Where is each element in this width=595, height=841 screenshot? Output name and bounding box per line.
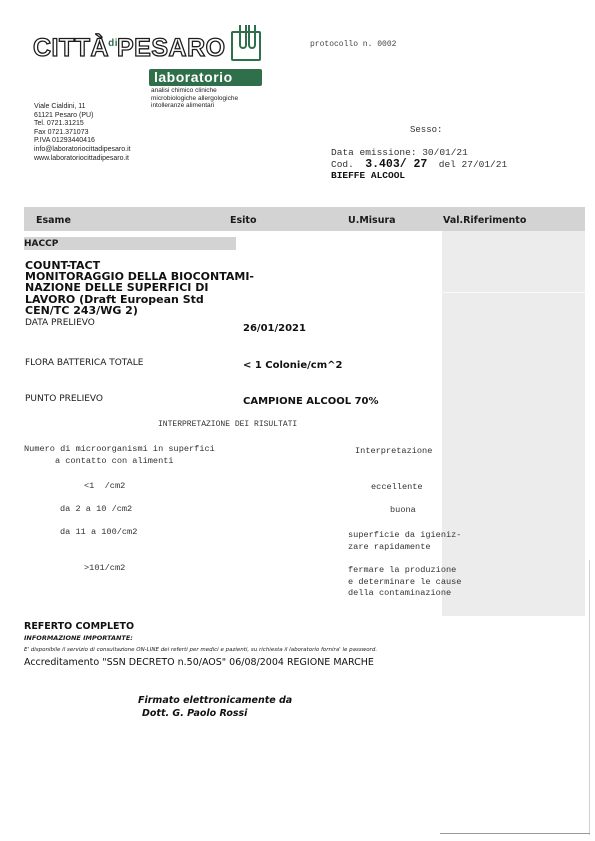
interp-left-header: Numero di microorganismi in superfici a …: [24, 444, 215, 467]
lab-contacts: info@laboratoriocittadipesaro.it www.lab…: [34, 146, 131, 163]
subtitle-line: intolleranze alimentari: [151, 102, 238, 110]
address-line: Viale Cialdini, 11: [34, 103, 95, 112]
accreditation: Accreditamento "SSN DECRETO n.50/AOS" 06…: [24, 657, 374, 668]
meaning-2: buona: [390, 505, 416, 517]
paper-edge-bottom: [440, 833, 590, 834]
signature-line: Firmato elettronicamente da: [138, 694, 292, 707]
subtitle-line: microbiologiche allergologiche: [151, 95, 238, 103]
range-1: <1 /cm2: [84, 481, 125, 493]
lab-subtitle: analisi chimico cliniche microbiologiche…: [151, 87, 238, 110]
column-umisura: U.Misura: [348, 215, 396, 226]
meaning-1: eccellente: [371, 482, 423, 494]
section-haccp: HACCP: [24, 239, 58, 249]
meaning-4: fermare la produzione e determinare le c…: [348, 565, 461, 600]
column-esito: Esito: [230, 215, 256, 226]
interpretation-title: INTERPRETAZIONE DEI RISULTATI: [158, 420, 297, 429]
row-label-punto: PUNTO PRELIEVO: [25, 394, 103, 404]
laboratorio-badge: laboratorio: [149, 69, 262, 86]
logo-citta: CITTÀ: [33, 34, 109, 62]
vat-number: P.IVA 01293440416: [34, 137, 95, 146]
phone: Tel. 0721.31215: [34, 120, 95, 129]
exam-title-line: CEN/TC 243/WG 2): [25, 305, 254, 316]
logo-wordmark: CITTÀdiPESARO: [33, 36, 226, 61]
range-4: >101/cm2: [84, 563, 125, 575]
row-value-flora: < 1 Colonie/cm^2: [243, 360, 342, 371]
address-line: 61121 Pesaro (PU): [34, 112, 95, 121]
protocol-number: protocollo n. 0002: [310, 40, 396, 49]
issue-info: Data emissione: 30/01/21 Cod. 3.403/ 27 …: [331, 147, 507, 171]
meaning-3: superficie da igieniz- zare rapidamente: [348, 530, 461, 553]
subtitle-line: analisi chimico cliniche: [151, 87, 238, 95]
website-link[interactable]: www.laboratoriocittadipesaro.it: [34, 155, 131, 164]
signatory-name: Dott. G. Paolo Rossi: [138, 707, 292, 720]
reference-column-bg: [442, 231, 585, 616]
logo-di: di: [108, 38, 118, 49]
column-esame: Esame: [36, 215, 71, 226]
signature: Firmato elettronicamente da Dott. G. Pao…: [138, 694, 292, 720]
exam-title-line: NAZIONE DELLE SUPERFICI DI: [25, 282, 254, 293]
row-label-flora: FLORA BATTERICA TOTALE: [25, 358, 143, 368]
row-value-data-prelievo: 26/01/2021: [243, 323, 306, 334]
lab-address: Viale Cialdini, 11 61121 Pesaro (PU) Tel…: [34, 103, 95, 146]
cod-label: Cod.: [331, 159, 354, 170]
exam-title: COUNT-TACT MONITORAGGIO DELLA BIOCONTAMI…: [25, 260, 254, 316]
column-val-riferimento: Val.Riferimento: [443, 215, 526, 226]
interp-right-header: Interpretazione: [355, 446, 432, 458]
logo-pesaro: PESARO: [117, 34, 226, 62]
email-link[interactable]: info@laboratoriocittadipesaro.it: [34, 146, 131, 155]
range-2: da 2 a 10 /cm2: [60, 504, 132, 516]
cod-date: del 27/01/21: [439, 159, 507, 170]
important-info-title: INFORMAZIONE IMPORTANTE:: [24, 634, 133, 642]
client-name: BIEFFE ALCOOL: [331, 170, 405, 181]
paper-crease: [440, 292, 590, 293]
range-3: da 11 a 100/cm2: [60, 527, 137, 539]
sex-label: Sesso:: [410, 125, 442, 135]
paper-edge-right: [589, 560, 590, 835]
report-complete-title: REFERTO COMPLETO: [24, 621, 134, 632]
fax: Fax 0721.371073: [34, 129, 95, 138]
row-value-punto: CAMPIONE ALCOOL 70%: [243, 396, 379, 407]
important-info-text: E' disponibile il servizio di consultazi…: [24, 647, 377, 653]
row-label-data-prelievo: DATA PRELIEVO: [25, 318, 95, 328]
test-tubes-icon: [231, 31, 261, 61]
